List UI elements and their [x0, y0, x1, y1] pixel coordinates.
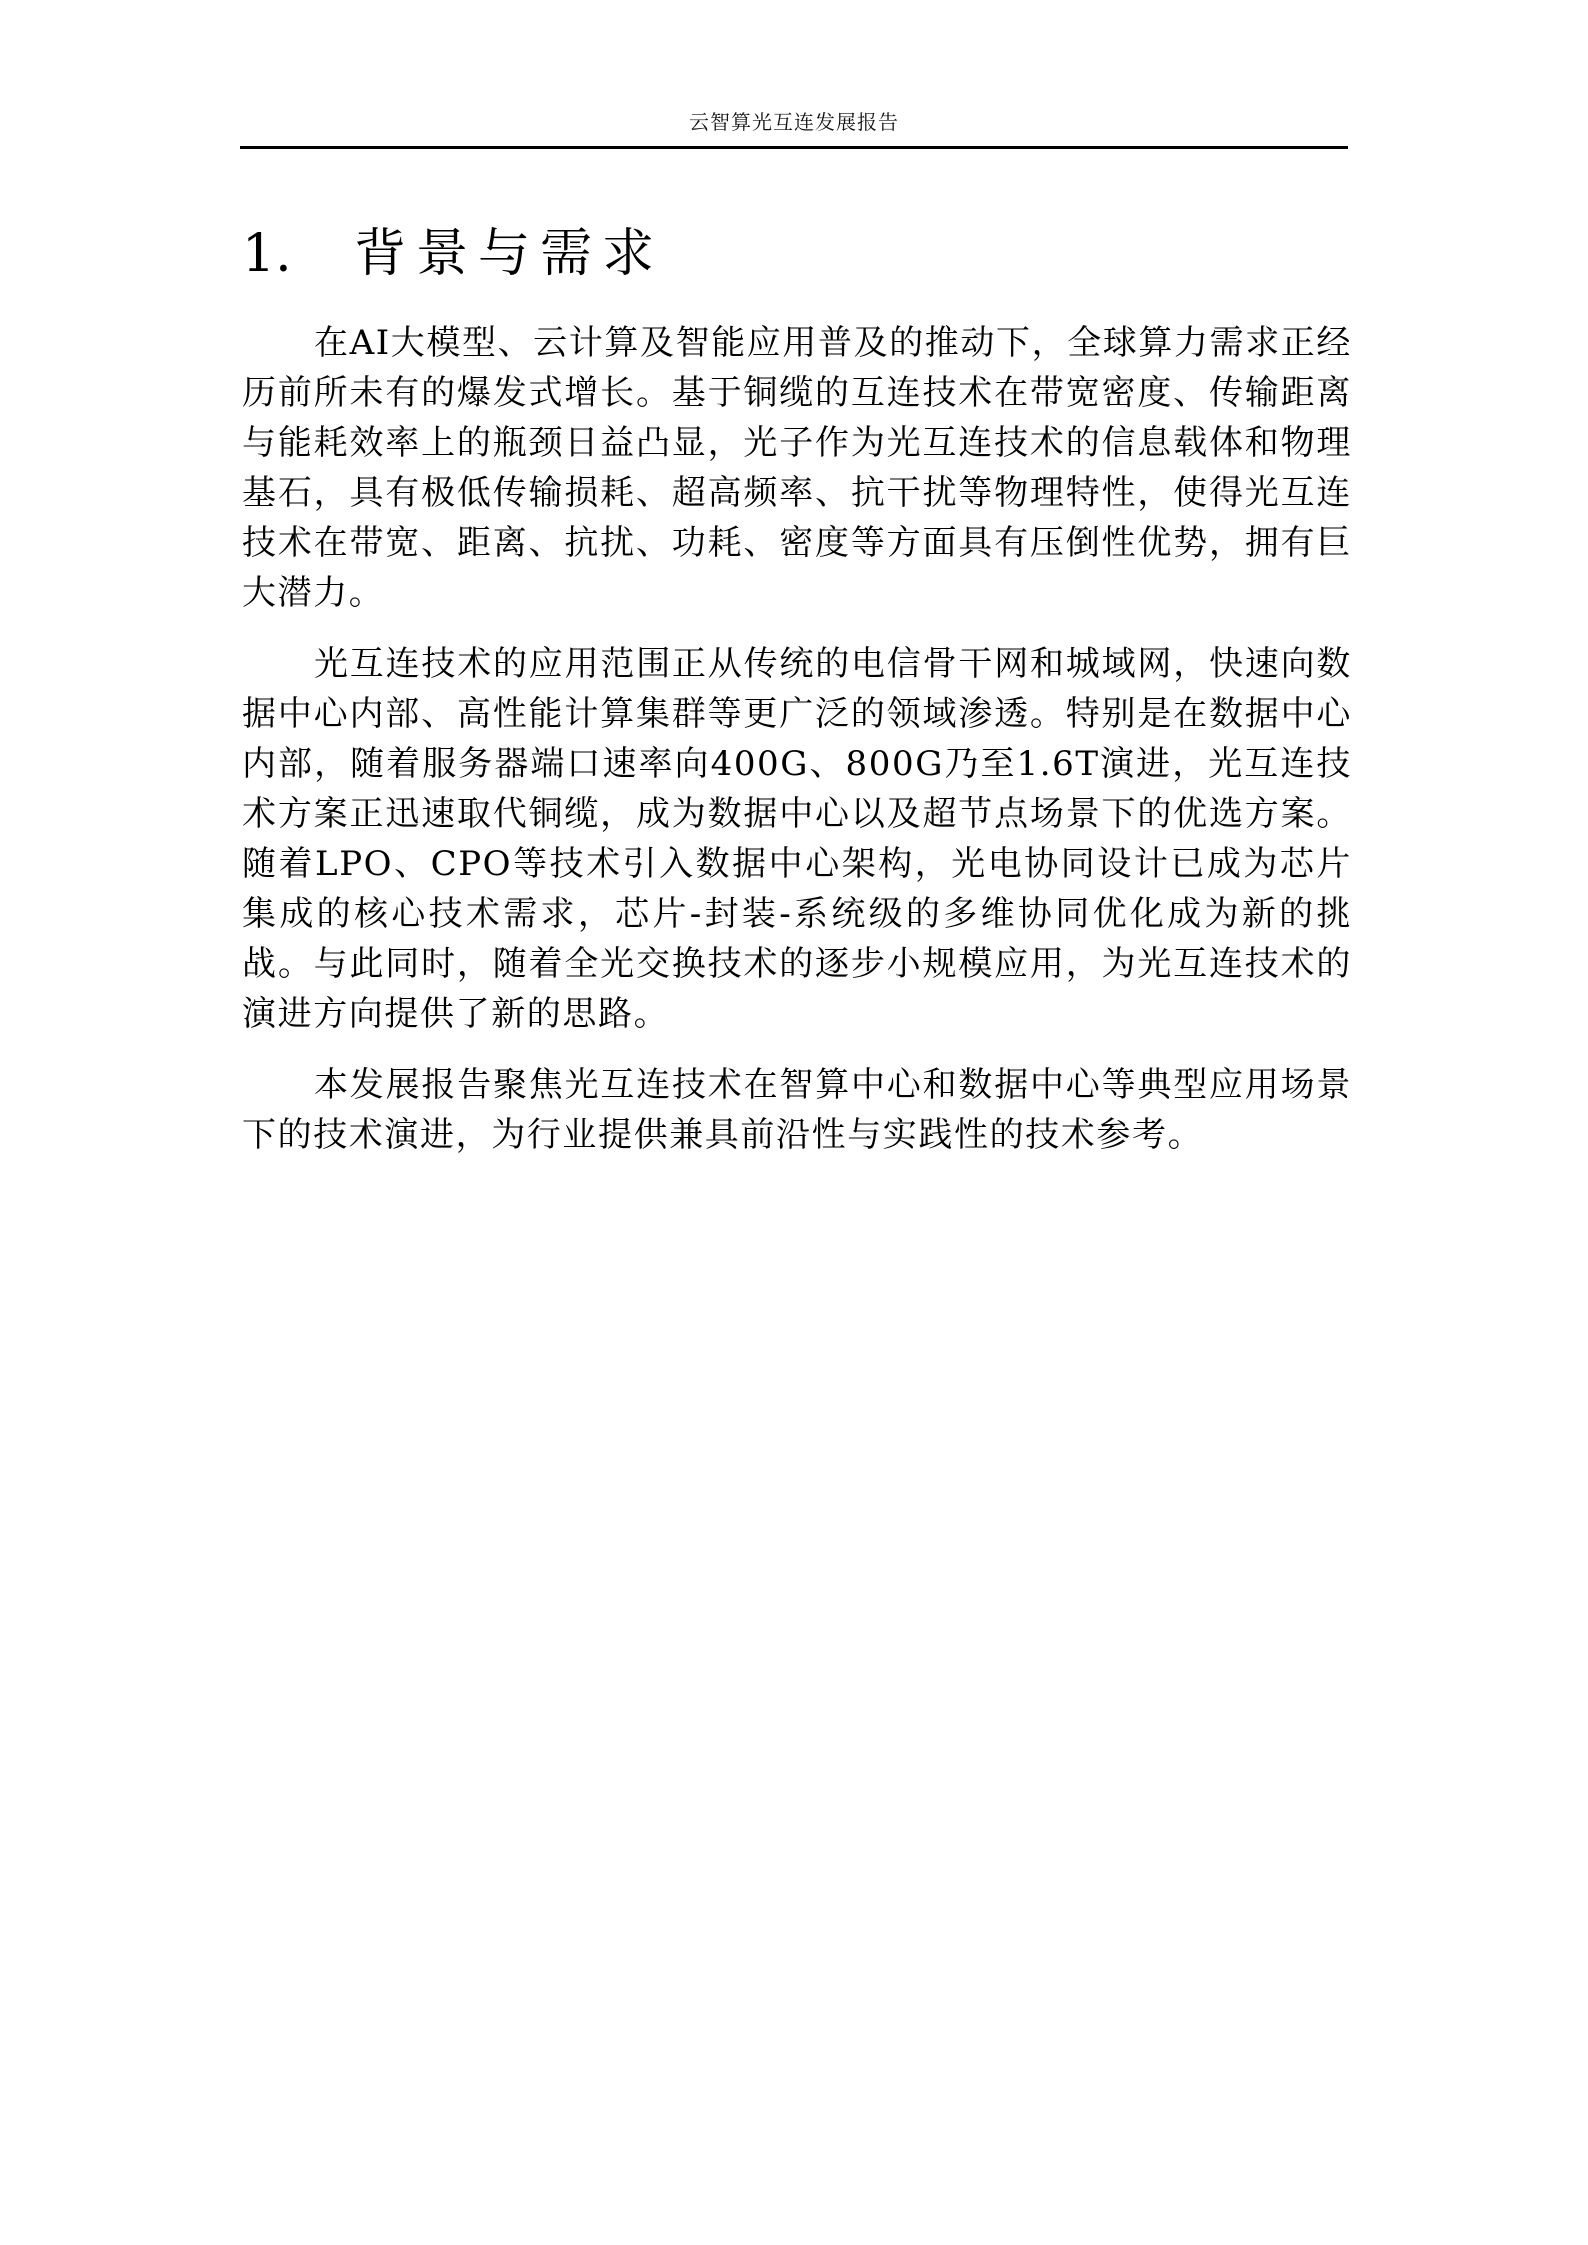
header-divider	[240, 146, 1348, 149]
section-number: 1.	[242, 222, 354, 286]
section-body: 在AI大模型、云计算及智能应用普及的推动下，全球算力需求正经历前所未有的爆发式增…	[242, 318, 1352, 1181]
paragraph-background: 在AI大模型、云计算及智能应用普及的推动下，全球算力需求正经历前所未有的爆发式增…	[242, 318, 1352, 618]
running-header: 云智算光互连发展报告	[240, 108, 1348, 136]
section-heading: 1.背景与需求	[242, 222, 664, 286]
paragraph-application-scope: 光互连技术的应用范围正从传统的电信骨干网和城域网，快速向数据中心内部、高性能计算…	[242, 639, 1352, 1039]
paragraph-report-focus: 本发展报告聚焦光互连技术在智算中心和数据中心等典型应用场景下的技术演进，为行业提…	[242, 1060, 1352, 1160]
section-title-text: 背景与需求	[354, 224, 664, 284]
